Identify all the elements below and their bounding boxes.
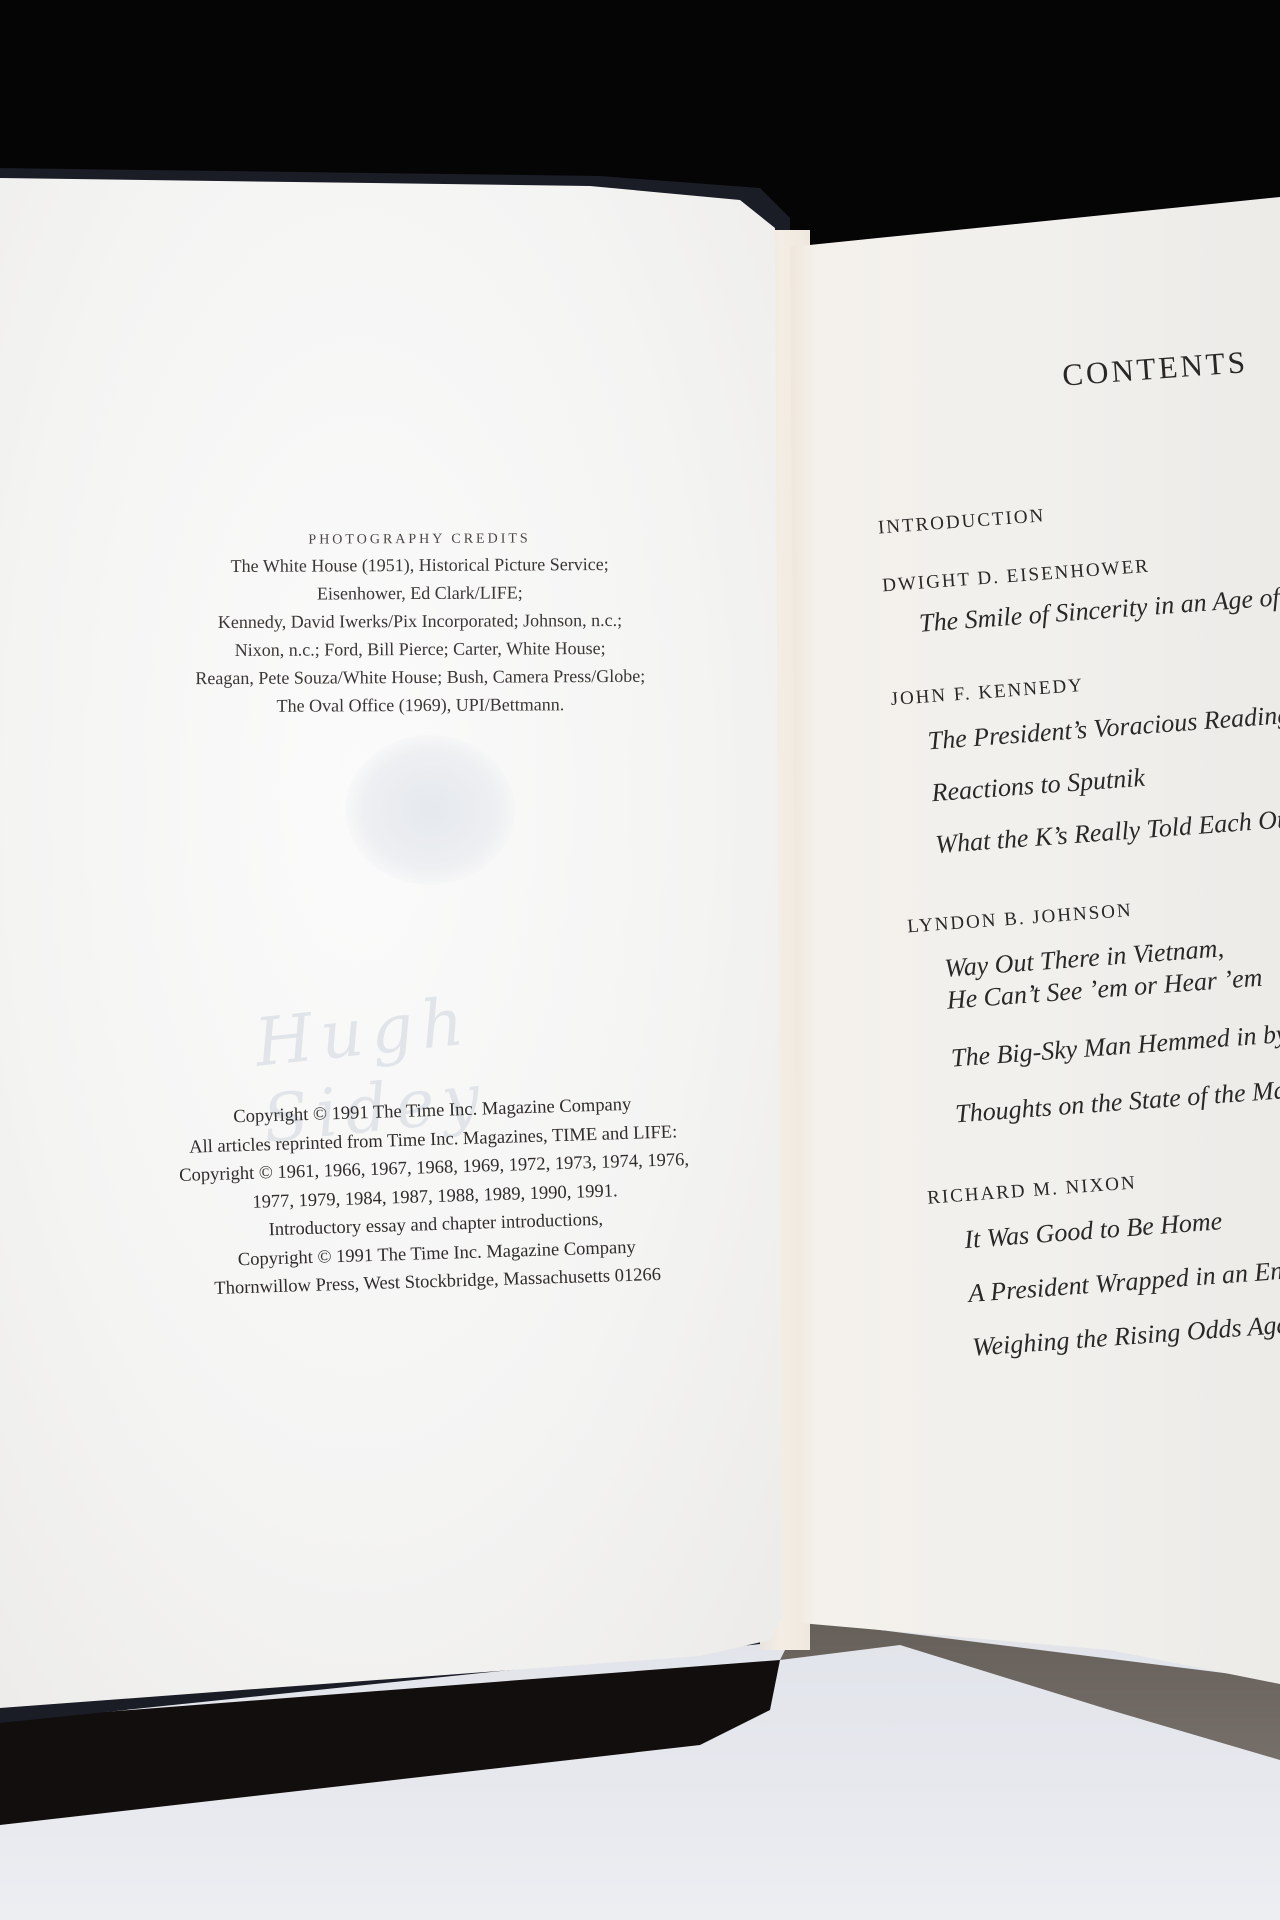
credits-line: Nixon, n.c.; Ford, Bill Pierce; Carter, …: [110, 633, 730, 664]
credits-page: [0, 178, 795, 1713]
credits-heading: PHOTOGRAPHY CREDITS: [110, 530, 730, 549]
credits-line: Kennedy, David Iwerks/Pix Incorporated; …: [110, 605, 730, 636]
credits-line: The White House (1951), Historical Pictu…: [110, 549, 730, 580]
presidential-seal-showthrough: [345, 735, 515, 885]
photography-credits: PHOTOGRAPHY CREDITS The White House (195…: [110, 530, 731, 720]
credits-line: Reagan, Pete Souza/White House; Bush, Ca…: [110, 661, 730, 692]
credits-line: The Oval Office (1969), UPI/Bettmann.: [110, 689, 730, 720]
credits-line: Eisenhower, Ed Clark/LIFE;: [110, 577, 730, 608]
copyright-notice: Copyright © 1991 The Time Inc. Magazine …: [112, 1087, 758, 1307]
